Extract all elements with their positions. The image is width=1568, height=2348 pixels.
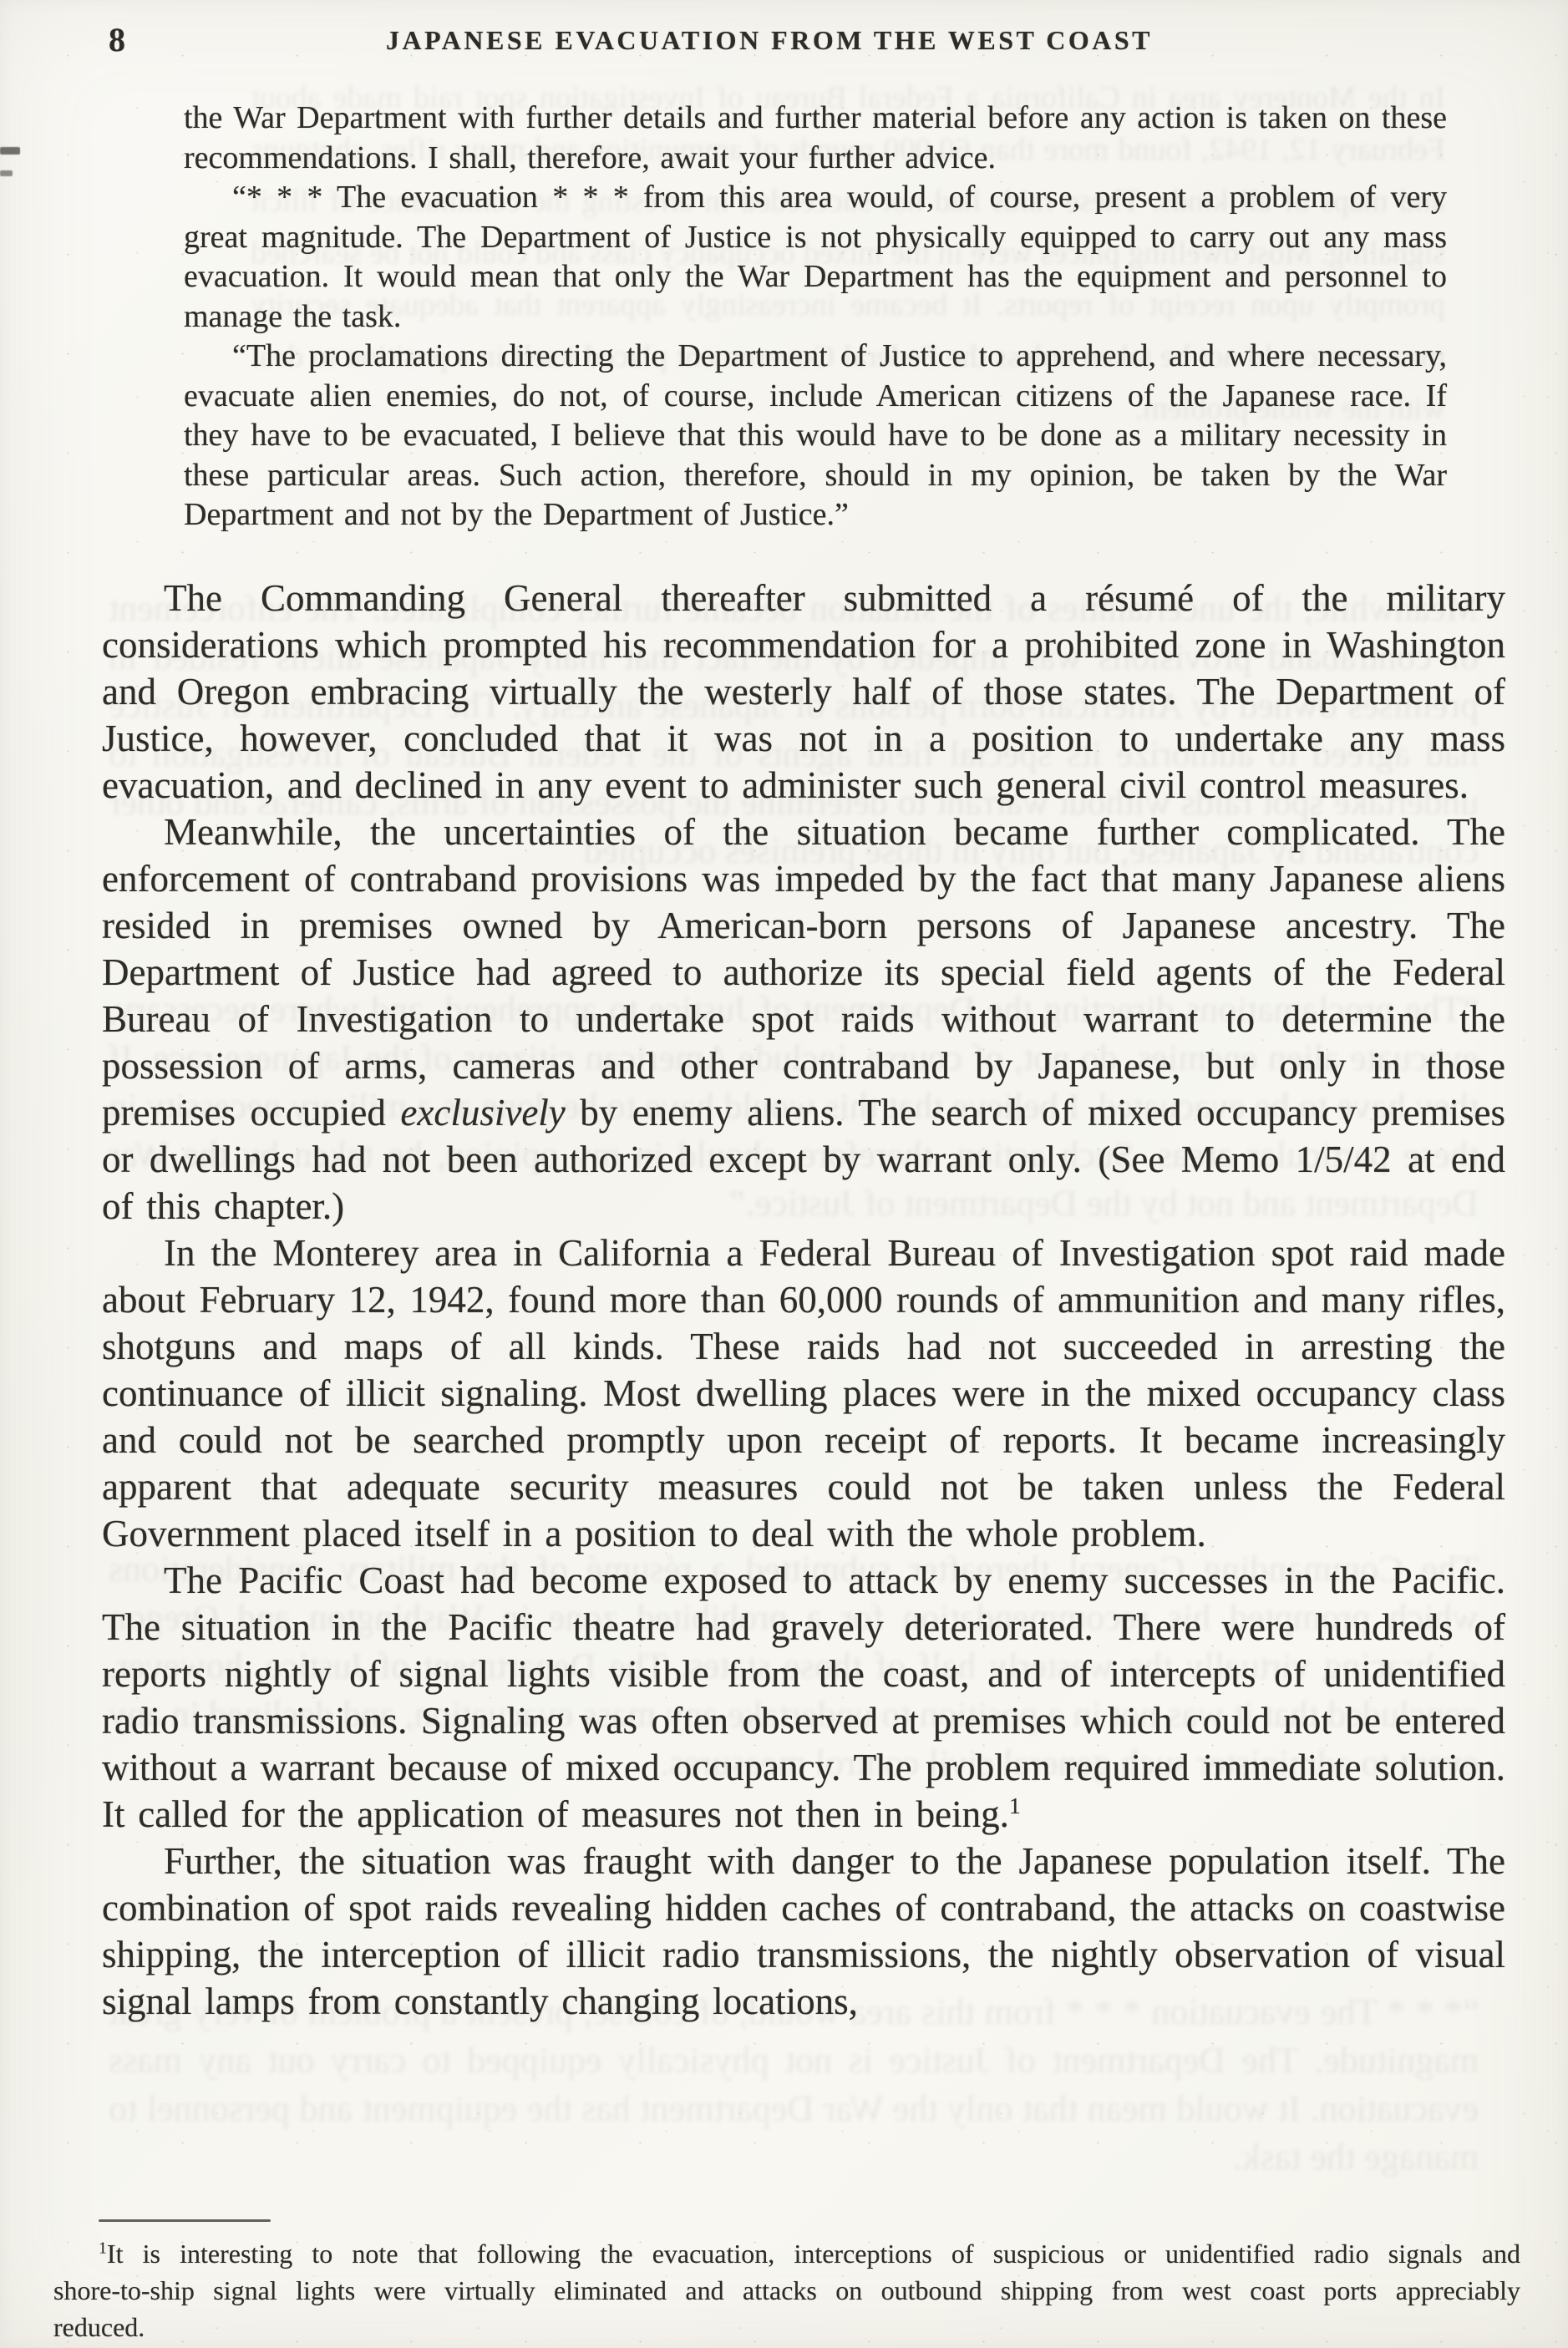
body-paragraph: The Pacific Coast had become exposed to … (102, 1557, 1505, 1838)
running-header: JAPANESE EVACUATION FROM THE WEST COAST (386, 25, 1153, 56)
quotation-paragraph: “* * * The evacuation * * * from this ar… (184, 178, 1447, 337)
footnote-reference: 1 (1009, 1793, 1021, 1819)
paragraph-text: The Pacific Coast had become exposed to … (102, 1559, 1505, 1835)
footnote: 1It is interesting to note that followin… (53, 2235, 1520, 2345)
body-text: The Commanding General thereafter submit… (102, 575, 1505, 2025)
footnote-rule (99, 2219, 271, 2222)
quotation-paragraph: “The proclamations directing the Departm… (184, 337, 1447, 535)
body-paragraph: Further, the situation was fraught with … (102, 1838, 1505, 2025)
document-page: In the Monterey area in California a Fed… (0, 0, 1568, 2348)
paragraph-text: Meanwhile, the uncertainties of the situ… (102, 811, 1505, 1133)
block-quotation: the War Department with further details … (184, 99, 1447, 535)
italic-word: exclusively (400, 1092, 565, 1133)
body-paragraph: The Commanding General thereafter submit… (102, 575, 1505, 809)
footnote-marker: 1 (99, 2239, 107, 2257)
footnote-text: It is interesting to note that following… (53, 2239, 1520, 2342)
body-paragraph: In the Monterey area in California a Fed… (102, 1230, 1505, 1557)
page-header: 8 JAPANESE EVACUATION FROM THE WEST COAS… (0, 18, 1568, 72)
page-number: 8 (109, 20, 125, 59)
quotation-paragraph: the War Department with further details … (184, 99, 1447, 178)
footnote-paragraph: 1It is interesting to note that followin… (53, 2235, 1520, 2345)
scan-artifact (0, 147, 20, 155)
body-paragraph: Meanwhile, the uncertainties of the situ… (102, 809, 1505, 1230)
scan-artifact (0, 170, 13, 176)
